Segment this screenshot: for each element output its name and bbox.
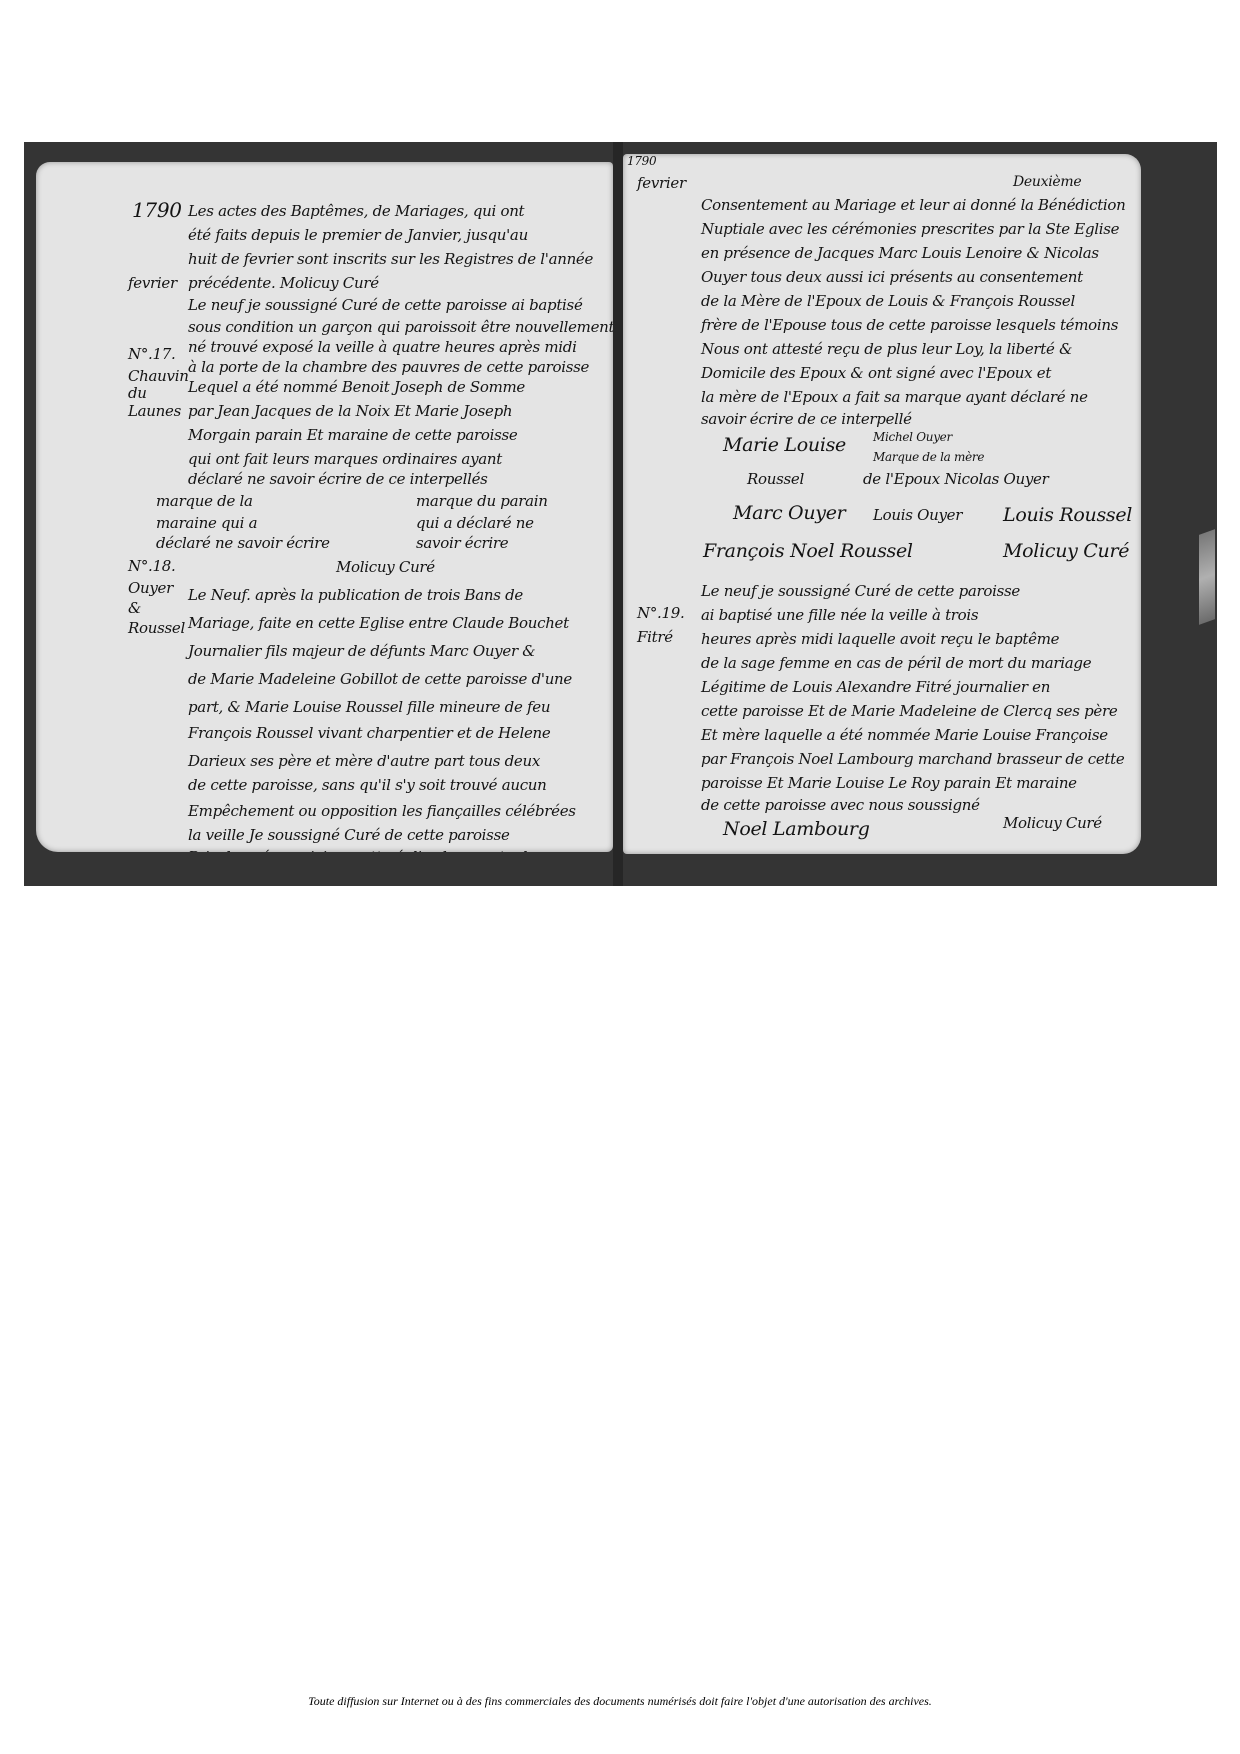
margin-note: Ouyer [128,579,173,597]
left-register-page: 1790 fevrierN°.17.ChauvinduLaunesN°.18.O… [36,162,613,852]
handwritten-line: qui a déclaré ne [416,514,534,532]
handwritten-line: savoir écrire de ce interpellé [701,410,912,428]
handwritten-line: Louis Roussel [1003,504,1132,526]
margin-note: Fitré [637,628,673,646]
handwritten-line: qui ont fait leurs marques ordinaires ay… [188,450,502,468]
margin-note: N°.18. [128,557,175,575]
handwritten-line: Darieux ses père et mère d'autre part to… [188,752,540,770]
handwritten-line: de Marie Madeleine Gobillot de cette par… [188,670,572,688]
margin-note: Roussel [128,619,185,637]
handwritten-line: Pris deux époux ici en cette église leur… [188,848,527,852]
handwritten-line: de cette paroisse avec nous soussigné [701,796,980,814]
handwritten-line: savoir écrire [416,534,508,552]
handwritten-line: heures après midi laquelle avoit reçu le… [701,630,1059,648]
right-page-year: 1790 [627,154,656,168]
handwritten-line: Molicuy Curé [1003,814,1102,832]
handwritten-line: marque de la [156,492,253,510]
handwritten-line: Mariage, faite en cette Eglise entre Cla… [188,614,569,632]
handwritten-line: né trouvé exposé la veille à quatre heur… [188,338,577,356]
handwritten-line: Molicuy Curé [336,558,435,576]
handwritten-line: Nous ont attesté reçu de plus leur Loy, … [701,340,1072,358]
handwritten-line: de la Mère de l'Epoux de Louis & Françoi… [701,292,1075,310]
page-edge-curl [1199,529,1215,625]
handwritten-line: Marie Louise [723,434,846,456]
book-gutter [613,142,623,886]
margin-note: Chauvin [128,367,189,385]
page-note-deuxieme: Deuxième [1013,174,1081,190]
handwritten-line: maraine qui a [156,514,257,532]
handwritten-line: déclaré ne savoir écrire de ce interpell… [188,470,488,488]
handwritten-line: par François Noel Lambourg marchand bras… [701,750,1124,768]
handwritten-line: Marque de la mère [873,450,984,464]
handwritten-line: de la sage femme en cas de péril de mort… [701,654,1091,672]
margin-note: fevrier [637,174,686,192]
handwritten-line: Louis Ouyer [873,506,962,524]
left-page-year: 1790 [132,198,182,222]
handwritten-line: Journalier fils majeur de défunts Marc O… [188,642,535,660]
handwritten-line: Noel Lambourg [723,818,870,840]
handwritten-line: Le neuf je soussigné Curé de cette paroi… [188,296,583,314]
handwritten-line: Empêchement ou opposition les fiançaille… [188,802,576,820]
handwritten-line: de l'Epoux Nicolas Ouyer [863,470,1048,488]
handwritten-line: précédente. Molicuy Curé [188,274,379,292]
handwritten-line: ai baptisé une fille née la veille à tro… [701,606,978,624]
handwritten-line: huit de fevrier sont inscrits sur les Re… [188,250,593,268]
handwritten-line: cette paroisse Et de Marie Madeleine de … [701,702,1117,720]
handwritten-line: déclaré ne savoir écrire [156,534,330,552]
margin-note: Launes [128,402,181,420]
handwritten-line: Le neuf je soussigné Curé de cette paroi… [701,582,1020,600]
handwritten-line: par Jean Jacques de la Noix Et Marie Jos… [188,402,512,420]
handwritten-line: Marc Ouyer [733,502,845,524]
handwritten-line: Morgain parain Et maraine de cette paroi… [188,426,518,444]
handwritten-line: de cette paroisse, sans qu'il s'y soit t… [188,776,547,794]
handwritten-line: Le Neuf. après la publication de trois B… [188,586,523,604]
margin-note: du [128,384,147,402]
handwritten-line: à la porte de la chambre des pauvres de … [188,358,589,376]
handwritten-line: sous condition un garçon qui paroissoit … [188,318,613,336]
handwritten-line: été faits depuis le premier de Janvier, … [188,226,528,244]
handwritten-line: Roussel [747,470,804,488]
margin-note: fevrier [128,274,177,292]
archives-copyright-notice: Toute diffusion sur Internet ou à des fi… [0,1694,1240,1709]
handwritten-line: Domicile des Epoux & ont signé avec l'Ep… [701,364,1051,382]
right-register-page: 1790 Deuxième fevrierN°.19.Fitré Consent… [623,154,1141,854]
register-scan-image: 1790 fevrierN°.17.ChauvinduLaunesN°.18.O… [24,142,1217,886]
handwritten-line: frère de l'Epouse tous de cette paroisse… [701,316,1118,334]
margin-note: N°.19. [637,604,684,622]
margin-note: N°.17. [128,345,175,363]
handwritten-line: Molicuy Curé [1003,540,1129,562]
handwritten-line: Légitime de Louis Alexandre Fitré journa… [701,678,1050,696]
handwritten-line: en présence de Jacques Marc Louis Lenoir… [701,244,1099,262]
handwritten-line: Ouyer tous deux aussi ici présents au co… [701,268,1083,286]
handwritten-line: marque du parain [416,492,548,510]
margin-note: & [128,599,141,617]
handwritten-line: François Roussel vivant charpentier et d… [188,724,551,742]
handwritten-line: part, & Marie Louise Roussel fille mineu… [188,698,550,716]
handwritten-line: Lequel a été nommé Benoit Joseph de Somm… [188,378,525,396]
handwritten-line: Les actes des Baptêmes, de Mariages, qui… [188,202,524,220]
handwritten-line: François Noel Roussel [703,540,913,562]
handwritten-line: Consentement au Mariage et leur ai donné… [701,196,1126,214]
handwritten-line: Michel Ouyer [873,430,952,444]
handwritten-line: Et mère laquelle a été nommée Marie Loui… [701,726,1108,744]
handwritten-line: la mère de l'Epoux a fait sa marque ayan… [701,388,1088,406]
handwritten-line: paroisse Et Marie Louise Le Roy parain E… [701,774,1077,792]
handwritten-line: la veille Je soussigné Curé de cette par… [188,826,510,844]
handwritten-line: Nuptiale avec les cérémonies prescrites … [701,220,1119,238]
